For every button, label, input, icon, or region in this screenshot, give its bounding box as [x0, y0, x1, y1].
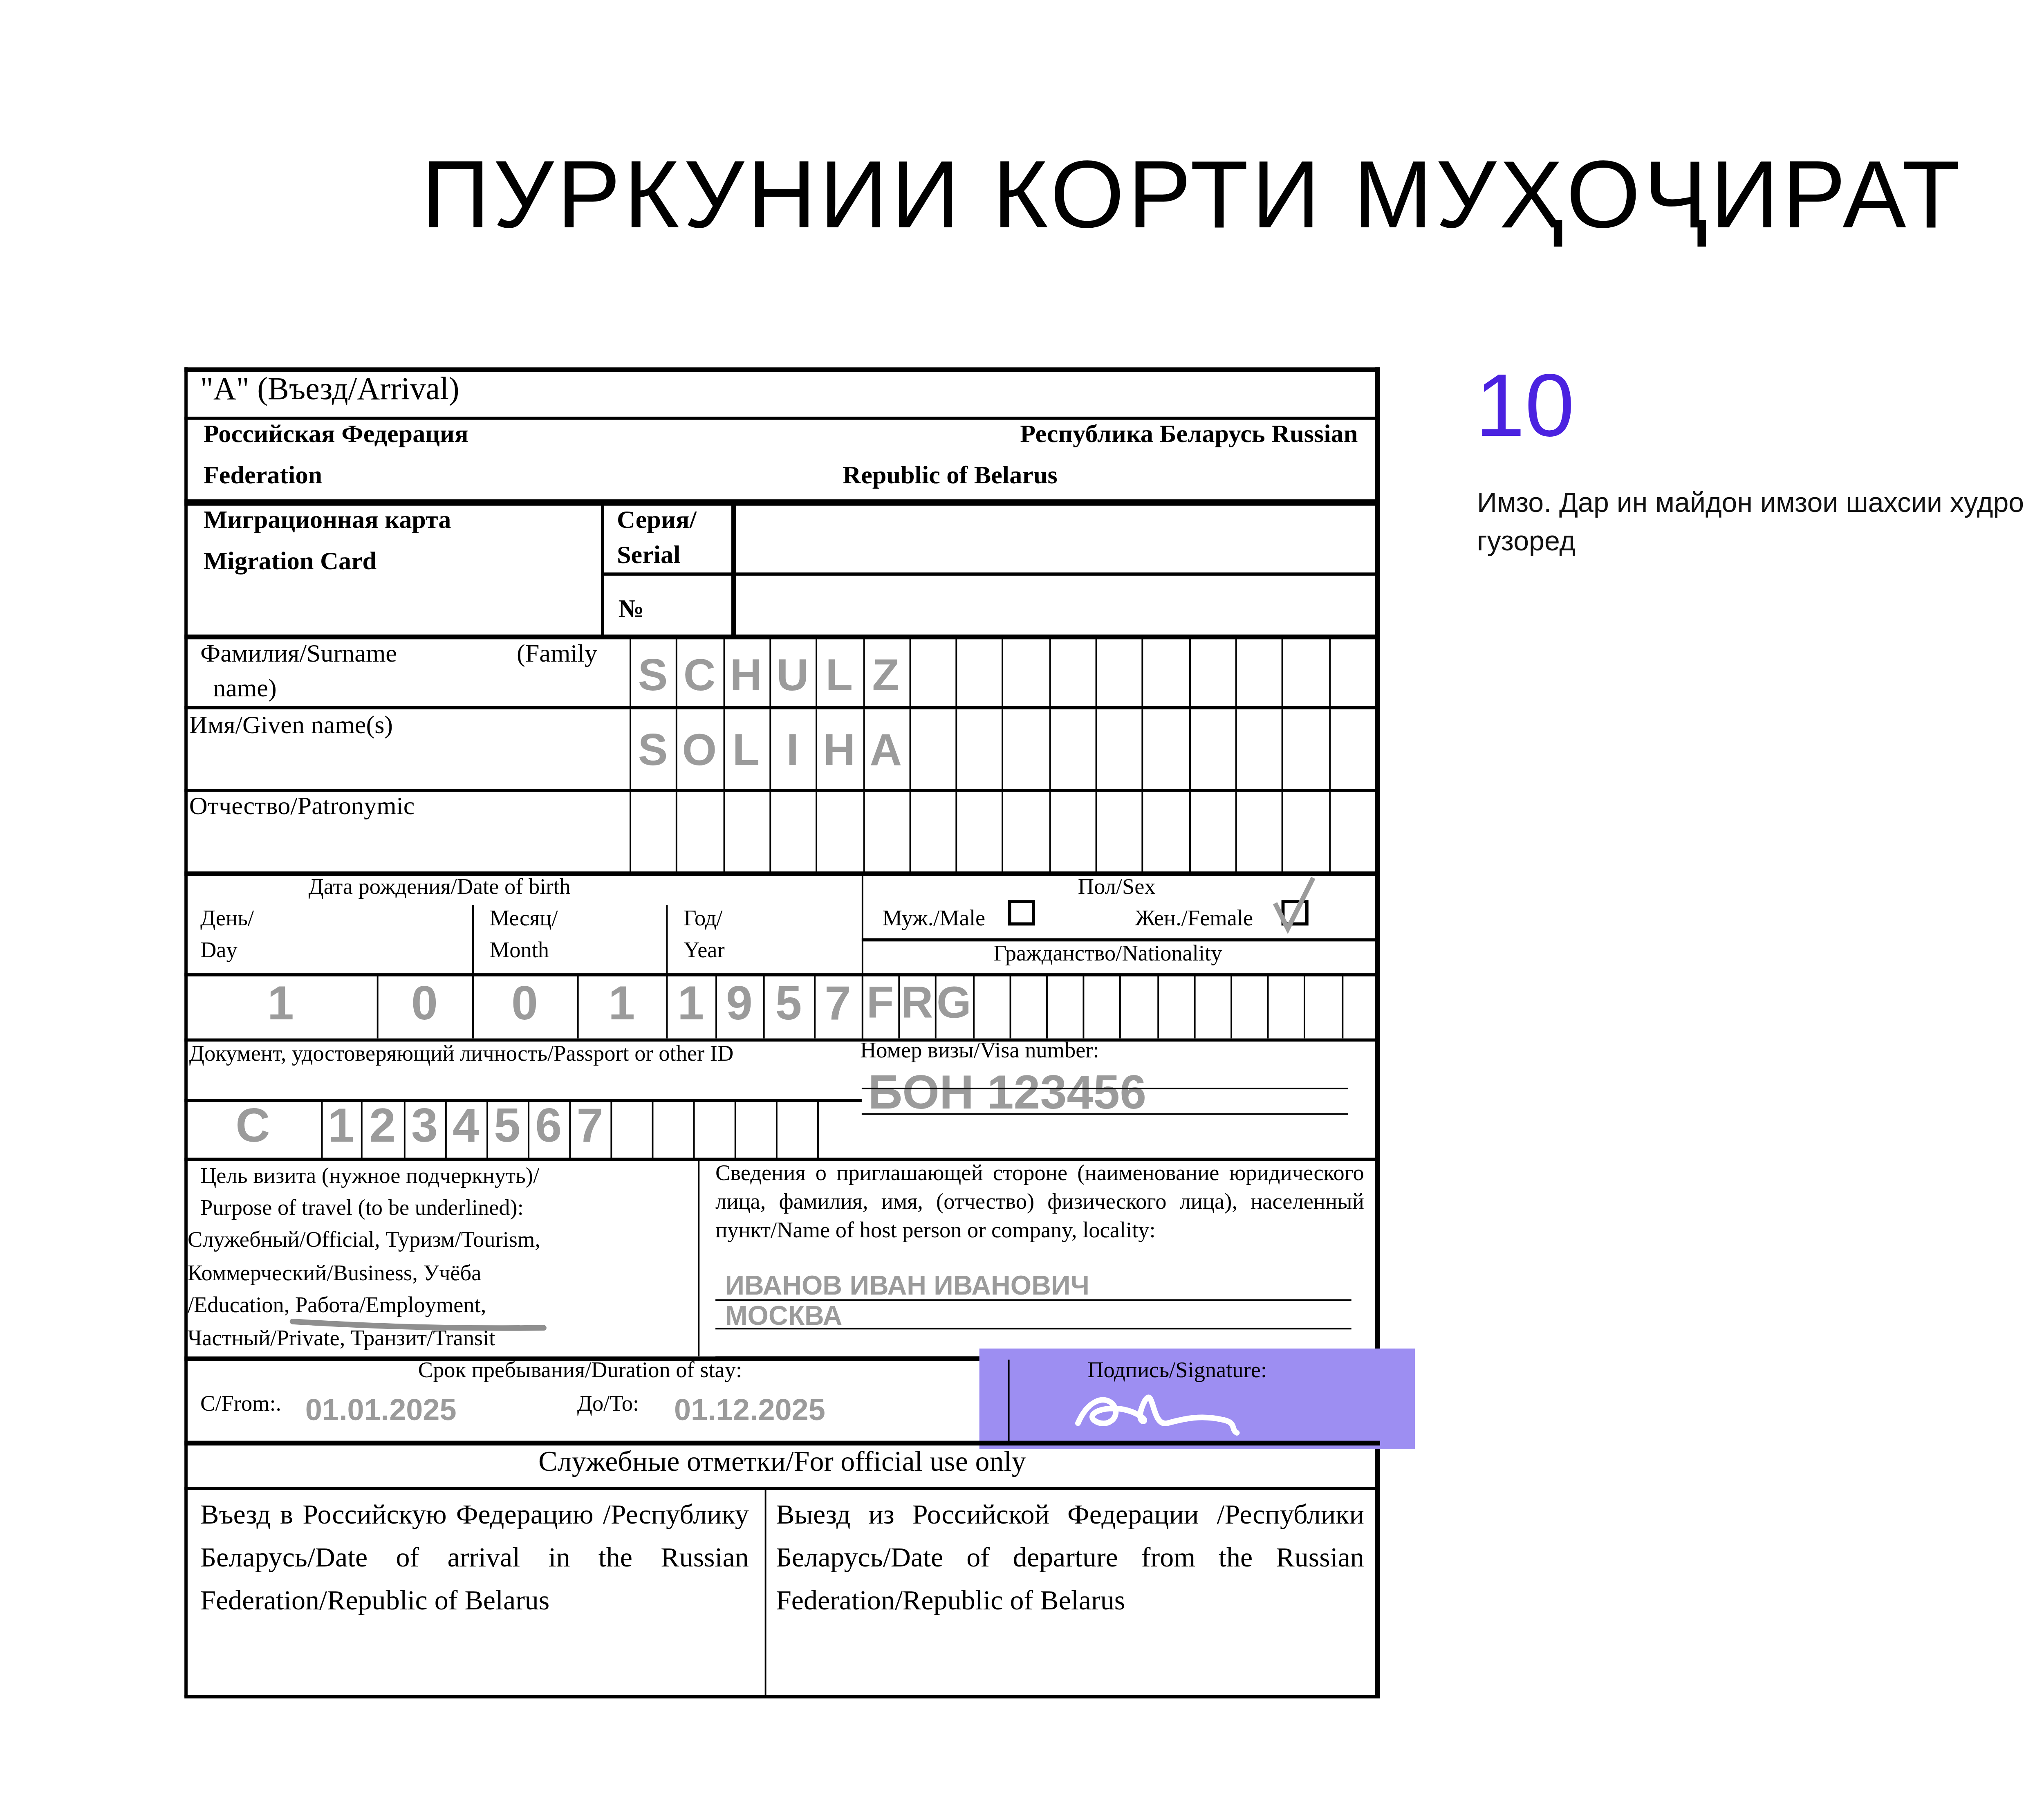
country-left-line2: Federation: [204, 463, 322, 491]
divider: [731, 504, 736, 638]
patronymic-field[interactable]: [630, 792, 1377, 873]
document-field[interactable]: C1234567: [184, 1100, 862, 1159]
divider: [472, 905, 474, 975]
cell-character: G: [935, 978, 972, 1029]
surname-field[interactable]: SCHULZ: [630, 638, 1377, 708]
cell-divider: [1304, 975, 1306, 1039]
male-label: Муж./Male: [882, 908, 985, 934]
cell-divider: [1188, 792, 1190, 873]
divider: [666, 905, 668, 975]
divider: [184, 1158, 1380, 1161]
day-label-1: День/: [200, 908, 254, 934]
divider: [862, 938, 1380, 942]
cell-divider: [1235, 709, 1237, 790]
cell-divider: [1282, 638, 1283, 708]
cell-character: O: [676, 725, 723, 776]
divider: [765, 1488, 766, 1697]
cell-divider: [1096, 709, 1097, 790]
cell-divider: [1002, 709, 1004, 790]
divider: [601, 504, 604, 638]
cell-divider: [909, 638, 911, 708]
purpose-options: Служебный/Official, Туризм/Tourism, Комм…: [188, 1226, 540, 1356]
surname-label: Фамилия/Surname: [200, 641, 397, 669]
cell-divider: [1002, 792, 1004, 873]
cell-character: L: [816, 651, 863, 701]
cell-character: 1: [321, 1100, 361, 1154]
from-date-value[interactable]: 01.01.2025: [305, 1395, 457, 1430]
cell-divider: [1235, 638, 1237, 708]
cell-character: 7: [814, 978, 862, 1032]
cell-divider: [1235, 792, 1237, 873]
cell-character: 1: [666, 978, 716, 1032]
cell-character: C: [184, 1100, 321, 1154]
purpose-line-2[interactable]: Коммерческий/Business, Учёба: [188, 1259, 540, 1291]
cell-divider: [1188, 709, 1190, 790]
cell-character: 3: [404, 1100, 445, 1154]
cell-character: S: [630, 651, 676, 701]
given-name-label: Имя/Given name(s): [189, 712, 393, 741]
date-of-birth-field[interactable]: 10011957: [184, 975, 862, 1039]
cell-character: 7: [569, 1100, 610, 1154]
cell-divider: [863, 792, 864, 873]
cell-divider: [735, 1100, 736, 1159]
cell-divider: [973, 975, 974, 1039]
cell-divider: [1375, 792, 1376, 873]
month-label-1: Месяц/: [490, 908, 558, 934]
cell-character: C: [676, 651, 723, 701]
visa-label: Номер визы/Visa number:: [860, 1040, 1099, 1065]
cell-divider: [1375, 709, 1376, 790]
cell-character: H: [723, 651, 769, 701]
cell-character: 1: [577, 978, 666, 1032]
underline: [715, 1328, 1351, 1329]
cell-divider: [816, 792, 818, 873]
divider: [184, 499, 1380, 506]
cell-divider: [1341, 975, 1343, 1039]
sex-label: Пол/Sex: [1078, 876, 1156, 902]
official-use-label: Служебные отметки/For official use only: [184, 1445, 1380, 1479]
cell-character: 0: [472, 978, 577, 1032]
cell-divider: [630, 792, 631, 873]
cell-divider: [776, 1100, 778, 1159]
dob-label: Дата рождения/Date of birth: [308, 876, 570, 902]
cell-character: 5: [763, 978, 814, 1032]
underline: [862, 1113, 1348, 1115]
number-label: №: [619, 596, 644, 625]
cell-divider: [610, 1100, 612, 1159]
card-title-en: Migration Card: [204, 549, 377, 577]
patronymic-label: Отчество/Patronymic: [189, 794, 415, 822]
purpose-line-1[interactable]: Служебный/Official, Туризм/Tourism,: [188, 1226, 540, 1259]
host-name-value[interactable]: ИВАНОВ ИВАН ИВАНОВИЧ: [725, 1270, 1089, 1302]
cell-divider: [1142, 638, 1144, 708]
cell-divider: [1049, 709, 1051, 790]
cell-divider: [1049, 792, 1051, 873]
cell-divider: [1194, 975, 1195, 1039]
cell-divider: [676, 792, 678, 873]
nationality-field[interactable]: FRG: [862, 975, 1377, 1039]
cell-divider: [1096, 792, 1097, 873]
cell-character: 2: [361, 1100, 404, 1154]
cell-character: A: [863, 725, 909, 776]
country-right-line1: Республика Беларусь Russian: [1020, 422, 1358, 450]
step-number: 10: [1475, 353, 1574, 456]
serial-label-1: Серия/: [617, 507, 697, 536]
underline-stroke-icon: [292, 1317, 546, 1336]
cell-divider: [1188, 638, 1190, 708]
cell-divider: [1142, 792, 1144, 873]
instruction-slide: ПУРКУНИИ КОРТИ МУҲОҶИРАТ 10 Имзо. Дар ин…: [0, 0, 2044, 1811]
year-label-1: Год/: [684, 908, 722, 934]
cell-divider: [817, 1100, 819, 1159]
cell-character: H: [816, 725, 863, 776]
cell-divider: [1157, 975, 1159, 1039]
cell-character: 4: [445, 1100, 486, 1154]
divider: [184, 1695, 1380, 1699]
to-date-value[interactable]: 01.12.2025: [674, 1395, 825, 1430]
cell-character: 0: [377, 978, 472, 1032]
cell-divider: [909, 709, 911, 790]
cell-divider: [1378, 975, 1380, 1039]
document-label: Документ, удостоверяющий личность/Passpo…: [189, 1043, 733, 1068]
cell-character: L: [723, 725, 769, 776]
cell-divider: [909, 792, 911, 873]
cell-divider: [1328, 638, 1330, 708]
month-label-2: Month: [490, 940, 549, 965]
surname-label-family: (Family: [517, 641, 597, 669]
arrival-date-field[interactable]: [188, 1616, 763, 1692]
arrival-header: "A" (Въезд/Arrival): [200, 372, 459, 408]
year-label-2: Year: [684, 940, 724, 965]
divider: [184, 1441, 1380, 1446]
underline: [862, 1088, 1348, 1089]
divider: [698, 1159, 699, 1356]
stay-label: Срок пребывания/Duration of stay:: [418, 1360, 742, 1385]
cell-divider: [1120, 975, 1121, 1039]
page-title: ПУРКУНИИ КОРТИ МУҲОҶИРАТ: [0, 140, 2044, 249]
departure-date-label: Выезд из Российской Федерации /Республик…: [776, 1493, 1364, 1622]
step-description: Имзо. Дар ин майдон имзои шахсии худро г…: [1477, 483, 2044, 560]
nationality-label: Гражданство/Nationality: [994, 943, 1222, 968]
host-label: Сведения о приглашающей стороне (наимено…: [715, 1161, 1364, 1247]
cell-divider: [1142, 709, 1144, 790]
cell-divider: [1282, 792, 1283, 873]
divider: [601, 572, 1380, 576]
country-right-line2: Republic of Belarus: [843, 463, 1058, 491]
purpose-employment-selected[interactable]: Работа/Employment: [295, 1295, 481, 1318]
cell-character: R: [899, 978, 935, 1029]
arrival-date-label: Въезд в Российскую Федерацию /Республику…: [200, 1493, 749, 1622]
day-label-2: Day: [200, 940, 238, 965]
divider: [184, 367, 1380, 372]
to-label: До/To:: [577, 1393, 639, 1418]
departure-date-field[interactable]: [769, 1616, 1374, 1692]
cell-divider: [1328, 709, 1330, 790]
divider: [1008, 1360, 1010, 1442]
female-checkbox[interactable]: [1282, 900, 1309, 925]
divider: [184, 789, 1380, 792]
given-name-field[interactable]: SOLIHA: [630, 709, 1377, 790]
cell-divider: [652, 1100, 654, 1159]
cell-character: U: [769, 651, 816, 701]
cell-character: 9: [715, 978, 763, 1032]
purpose-label: Цель визита (нужное подчеркнуть)/ Purpos…: [200, 1162, 539, 1226]
cell-divider: [769, 792, 771, 873]
divider: [184, 1039, 1380, 1042]
serial-field[interactable]: [741, 507, 1370, 571]
cell-divider: [956, 638, 957, 708]
cell-divider: [1282, 709, 1283, 790]
country-left-line1: Российская Федерация: [204, 422, 468, 450]
surname-label-2: name): [213, 676, 277, 705]
cell-divider: [1049, 638, 1051, 708]
cell-divider: [1230, 975, 1232, 1039]
cell-character: I: [769, 725, 816, 776]
cell-divider: [723, 792, 724, 873]
cell-character: 5: [486, 1100, 528, 1154]
cell-divider: [1002, 638, 1004, 708]
divider: [184, 706, 1380, 709]
cell-divider: [1046, 975, 1048, 1039]
divider: [184, 871, 1380, 876]
purpose-line-3[interactable]: /Education, Работа/Employment,: [188, 1291, 540, 1324]
cell-divider: [1328, 792, 1330, 873]
from-label: С/From:.: [200, 1393, 281, 1418]
cell-character: F: [862, 978, 899, 1029]
cell-divider: [1096, 638, 1097, 708]
cell-divider: [693, 1100, 695, 1159]
migration-card-form: "A" (Въезд/Arrival) Российская Федерация…: [184, 367, 1380, 1697]
number-field[interactable]: [741, 577, 1370, 635]
serial-label-2: Serial: [617, 542, 681, 571]
cell-character: 6: [528, 1100, 569, 1154]
signature-label: Подпись/Signature:: [1087, 1360, 1267, 1385]
male-checkbox[interactable]: [1008, 900, 1035, 925]
divider: [184, 1487, 1380, 1490]
cell-divider: [1375, 638, 1376, 708]
cell-character: S: [630, 725, 676, 776]
divider: [184, 417, 1380, 420]
cell-character: 1: [184, 978, 377, 1032]
cell-divider: [956, 792, 957, 873]
cell-character: Z: [863, 651, 909, 701]
cell-divider: [1083, 975, 1085, 1039]
signature-icon[interactable]: [1071, 1385, 1310, 1439]
cell-divider: [1009, 975, 1011, 1039]
card-title-ru: Миграционная карта: [204, 507, 451, 536]
checkmark-icon: [1272, 881, 1320, 935]
cell-divider: [1267, 975, 1269, 1039]
female-label: Жен./Female: [1135, 908, 1253, 934]
cell-divider: [956, 709, 957, 790]
